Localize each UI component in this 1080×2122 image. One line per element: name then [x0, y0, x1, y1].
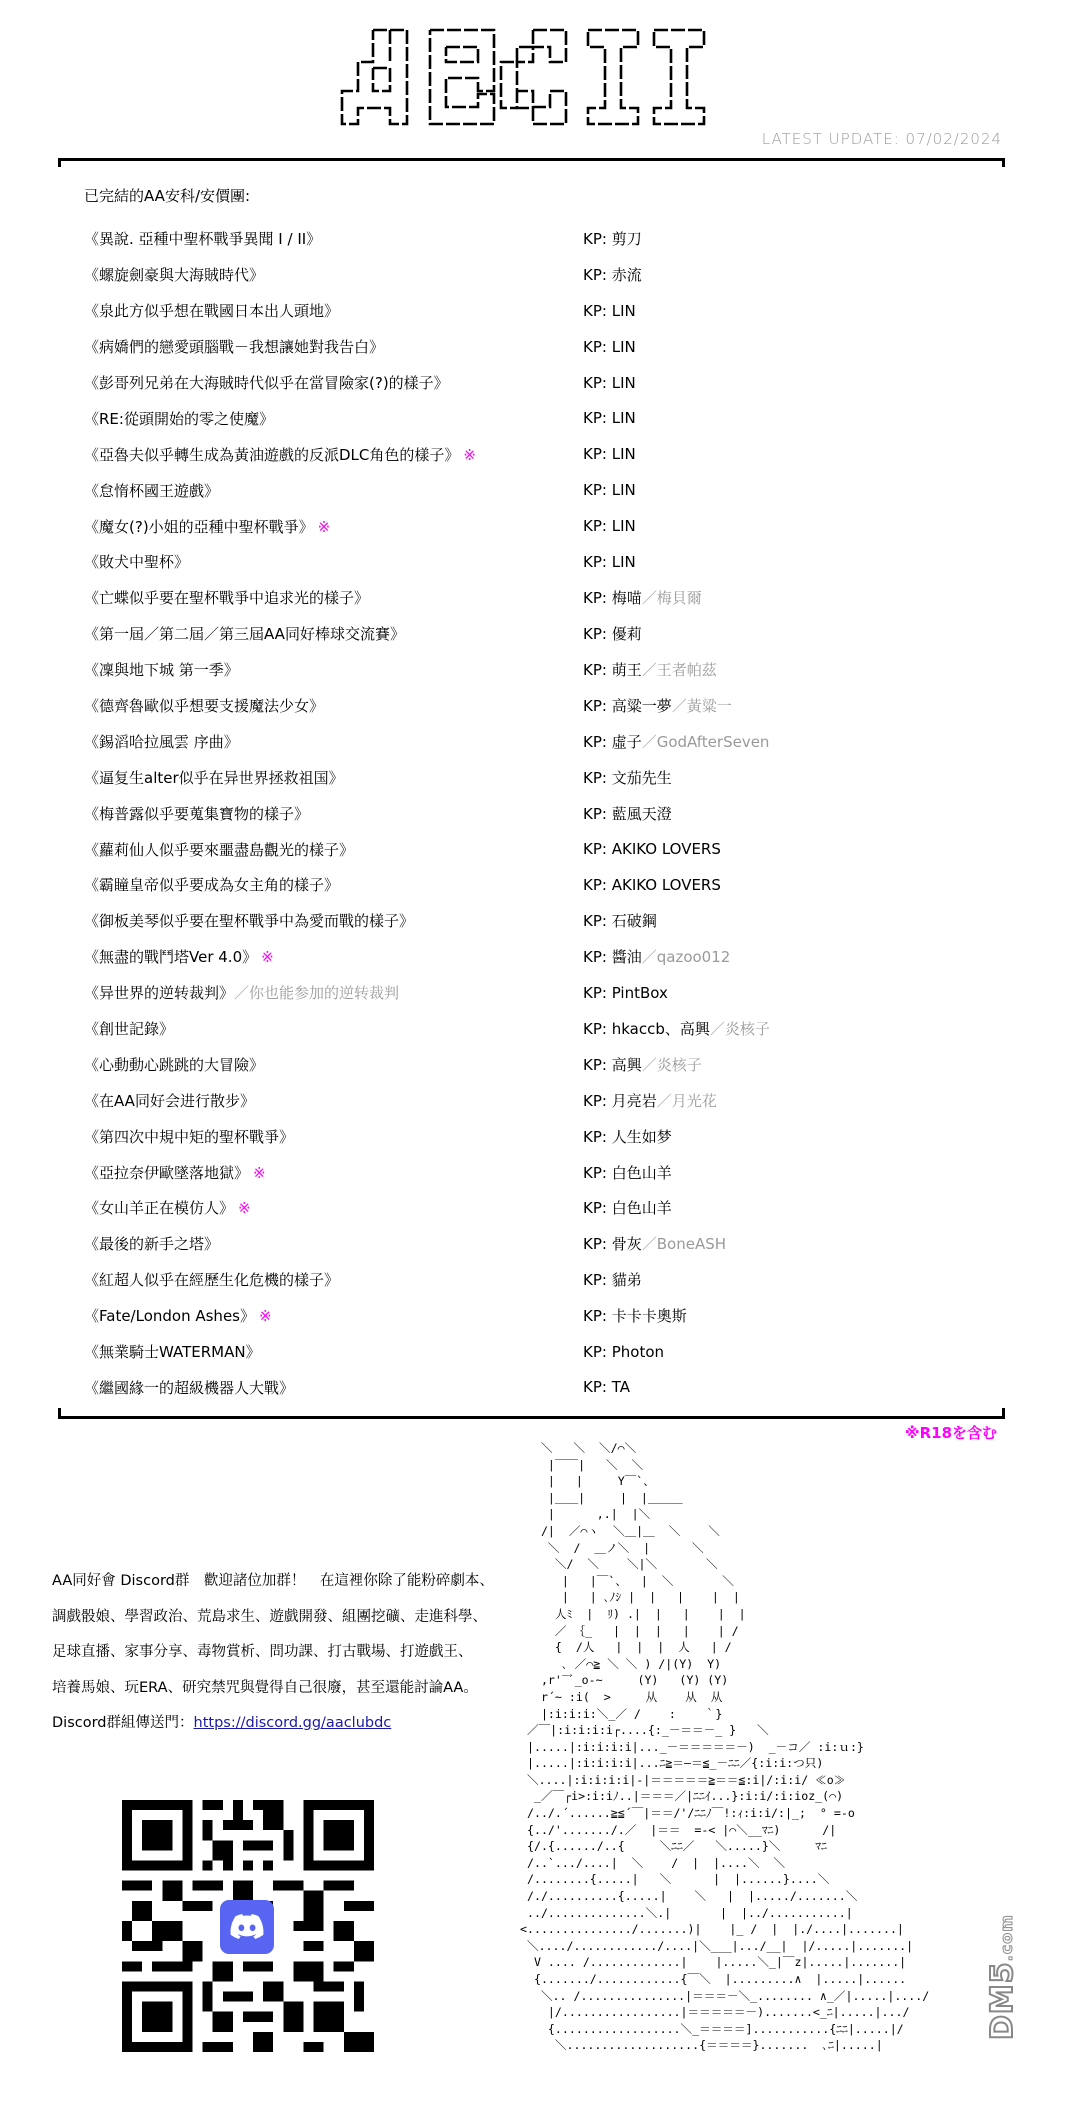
kp-credit: KP: 骨灰／BoneASH [583, 1233, 726, 1254]
work-title: 《亞魯夫似乎轉生成為黃油遊戲的反派DLC角色的樣子》※ [84, 444, 476, 465]
kp-alt-name: ／月光花 [657, 1092, 717, 1110]
list-item: 《繼國緣一的超級機器人大戰》KP: TA [84, 1370, 984, 1406]
kp-credit: KP: LIN [583, 517, 636, 535]
r18-marker-icon: ※ [238, 1199, 251, 1217]
kp-label: KP: [583, 1307, 612, 1325]
work-title: 《錫滔哈拉風雲 序曲》 [84, 731, 239, 752]
kp-label: KP: [583, 625, 612, 643]
work-title-text: 《逼复生alter似乎在异世界拯救祖国》 [84, 769, 344, 787]
list-item: 《蘿莉仙人似乎要來噩盡島觀光的樣子》KP: AKIKO LOVERS [84, 831, 984, 867]
kp-label: KP: [583, 1271, 612, 1289]
list-frame-bottom-border [58, 1416, 1005, 1419]
kp-name: LIN [612, 374, 636, 392]
work-title: 《無盡的戰鬥塔Ver 4.0》※ [84, 946, 274, 967]
kp-label: KP: [583, 948, 612, 966]
work-title: 《逼复生alter似乎在异世界拯救祖国》 [84, 767, 344, 788]
kp-name: 月亮岩 [612, 1092, 657, 1110]
list-frame-corner [1002, 1408, 1005, 1417]
list-item: 《异世界的逆转裁判》／你也能参加的逆转裁判KP: PintBox [84, 975, 984, 1011]
kp-label: KP: [583, 1199, 612, 1217]
list-item: 《怠惰杯國王遊戲》KP: LIN [84, 472, 984, 508]
kp-label: KP: [583, 266, 612, 284]
work-title: 《异世界的逆转裁判》／你也能参加的逆转裁判 [84, 982, 399, 1003]
kp-alt-name: ／王者帕茲 [642, 661, 717, 679]
kp-label: KP: [583, 517, 612, 535]
list-item: 《敗犬中聖杯》KP: LIN [84, 544, 984, 580]
kp-alt-name: ／梅貝爾 [642, 589, 702, 607]
work-title-text: 《錫滔哈拉風雲 序曲》 [84, 733, 239, 751]
list-item: 《螺旋劍豪與大海賊時代》KP: 赤流 [84, 257, 984, 293]
work-title: 《第一屆／第二屆／第三屆AA同好棒球交流賽》 [84, 623, 405, 644]
ascii-title-logo [340, 28, 740, 128]
work-title-text: 《無業騎士WATERMAN》 [84, 1343, 261, 1361]
work-title: 《凜與地下城 第一季》 [84, 659, 239, 680]
kp-name: 赤流 [612, 266, 642, 284]
list-item: 《在AA同好会进行散步》KP: 月亮岩／月光花 [84, 1082, 984, 1118]
work-title: 《繼國緣一的超級機器人大戰》 [84, 1377, 294, 1398]
kp-credit: KP: LIN [583, 374, 636, 392]
kp-label: KP: [583, 1378, 612, 1396]
kp-label: KP: [583, 1128, 612, 1146]
kp-label: KP: [583, 912, 612, 930]
kp-label: KP: [583, 553, 612, 571]
list-item: 《異說. 亞種中聖杯戰爭異聞 I / II》KP: 剪刀 [84, 221, 984, 257]
kp-label: KP: [583, 481, 612, 499]
kp-label: KP: [583, 1343, 612, 1361]
list-item: 《病嬌們的戀愛頭腦戰－我想讓她對我告白》KP: LIN [84, 329, 984, 365]
work-title: 《心動動心跳跳的大冒險》 [84, 1054, 264, 1075]
work-title: 《蘿莉仙人似乎要來噩盡島觀光的樣子》 [84, 839, 354, 860]
kp-name: 剪刀 [612, 230, 642, 248]
kp-credit: KP: 文茄先生 [583, 767, 672, 788]
kp-credit: KP: LIN [583, 302, 636, 320]
work-title-alt: ／你也能参加的逆转裁判 [234, 984, 399, 1002]
completed-works-list: 《異說. 亞種中聖杯戰爭異聞 I / II》KP: 剪刀《螺旋劍豪與大海賊時代》… [84, 221, 984, 1405]
discord-promo-line: 調戲骰娘、學習政治、荒島求生、遊戲開發、組團挖礦、走進科學、 [52, 1600, 532, 1636]
kp-label: KP: [583, 733, 612, 751]
work-title-text: 《蘿莉仙人似乎要來噩盡島觀光的樣子》 [84, 841, 354, 859]
kp-label: KP: [583, 1056, 612, 1074]
work-title-text: 《最後的新手之塔》 [84, 1235, 219, 1253]
kp-credit: KP: 梅喵／梅貝爾 [583, 587, 702, 608]
discord-promo-line: AA同好會 Discord群 歡迎諸位加群！ 在這裡你除了能粉碎劇本、 [52, 1564, 532, 1600]
kp-label: KP: [583, 409, 612, 427]
work-title-text: 《怠惰杯國王遊戲》 [84, 482, 219, 500]
kp-credit: KP: LIN [583, 445, 636, 463]
list-item: 《泉此方似乎想在戰國日本出人頭地》KP: LIN [84, 293, 984, 329]
work-title: 《女山羊正在模仿人》※ [84, 1197, 251, 1218]
list-item: 《錫滔哈拉風雲 序曲》KP: 虛子／GodAfterSeven [84, 723, 984, 759]
list-item: 《RE:從頭開始的零之使魔》KP: LIN [84, 400, 984, 436]
work-title: 《在AA同好会进行散步》 [84, 1090, 255, 1111]
work-title-text: 《御板美琴似乎要在聖杯戰爭中為愛而戰的樣子》 [84, 912, 414, 930]
list-item: 《霸瞳皇帝似乎要成為女主角的樣子》KP: AKIKO LOVERS [84, 867, 984, 903]
kp-name: 白色山羊 [612, 1164, 672, 1182]
work-title: 《霸瞳皇帝似乎要成為女主角的樣子》 [84, 874, 339, 895]
work-title-text: 《亞魯夫似乎轉生成為黃油遊戲的反派DLC角色的樣子》 [84, 446, 459, 464]
discord-logo-icon [220, 1900, 274, 1954]
work-title: 《梅普露似乎要蒐集寶物的樣子》 [84, 803, 309, 824]
kp-name: LIN [612, 409, 636, 427]
list-item: 《亞拉奈伊歐墜落地獄》※KP: 白色山羊 [84, 1154, 984, 1190]
kp-credit: KP: 白色山羊 [583, 1162, 672, 1183]
work-title-text: 《無盡的戰鬥塔Ver 4.0》 [84, 948, 257, 966]
kp-name: 石破鋼 [612, 912, 657, 930]
list-item: 《第一屆／第二屆／第三屆AA同好棒球交流賽》KP: 優莉 [84, 616, 984, 652]
list-item: 《Fate/London Ashes》※KP: 卡卡卡奧斯 [84, 1298, 984, 1334]
kp-credit: KP: AKIKO LOVERS [583, 840, 721, 858]
list-item: 《最後的新手之塔》KP: 骨灰／BoneASH [84, 1226, 984, 1262]
kp-credit: KP: 剪刀 [583, 228, 642, 249]
kp-credit: KP: AKIKO LOVERS [583, 876, 721, 894]
dm5-watermark-logo: DM5.com [985, 1914, 1020, 2040]
kp-credit: KP: TA [583, 1378, 630, 1396]
kp-label: KP: [583, 697, 612, 715]
kp-credit: KP: 人生如梦 [583, 1126, 672, 1147]
work-title-text: 《創世記錄》 [84, 1020, 174, 1038]
kp-alt-name: ／GodAfterSeven [642, 733, 770, 751]
work-title-text: 《第一屆／第二屆／第三屆AA同好棒球交流賽》 [84, 625, 405, 643]
discord-promo: AA同好會 Discord群 歡迎諸位加群！ 在這裡你除了能粉碎劇本、 調戲骰娘… [52, 1564, 532, 1742]
discord-link-label: Discord群組傳送門： [52, 1715, 194, 1731]
kp-name: 文茄先生 [612, 769, 672, 787]
kp-label: KP: [583, 445, 612, 463]
kp-name: 白色山羊 [612, 1199, 672, 1217]
kp-name: 優莉 [612, 625, 642, 643]
kp-credit: KP: 虛子／GodAfterSeven [583, 731, 769, 752]
kp-label: KP: [583, 374, 612, 392]
kp-name: PintBox [612, 984, 668, 1002]
kp-credit: KP: PintBox [583, 984, 668, 1002]
kp-name: 骨灰 [612, 1235, 642, 1253]
kp-credit: KP: 石破鋼 [583, 910, 657, 931]
kp-name: TA [612, 1378, 630, 1396]
kp-name: 醬油 [612, 948, 642, 966]
kp-name: AKIKO LOVERS [612, 840, 721, 858]
watermark-main: DM5 [985, 1961, 1020, 2040]
kp-credit: KP: 萌王／王者帕茲 [583, 659, 717, 680]
watermark-suffix: .com [997, 1914, 1016, 1961]
work-title-text: 《心動動心跳跳的大冒險》 [84, 1056, 264, 1074]
kp-name: 高興 [612, 1056, 642, 1074]
work-title: 《紅超人似乎在經歷生化危機的樣子》 [84, 1269, 339, 1290]
kp-credit: KP: hkaccb、高興／炎核子 [583, 1018, 770, 1039]
list-item: 《第四次中規中矩的聖杯戰爭》KP: 人生如梦 [84, 1118, 984, 1154]
kp-name: AKIKO LOVERS [612, 876, 721, 894]
r18-marker-icon: ※ [463, 446, 476, 464]
work-title: 《螺旋劍豪與大海賊時代》 [84, 264, 264, 285]
work-title: 《德齊魯歐似乎想要支援魔法少女》 [84, 695, 324, 716]
discord-link-row: Discord群組傳送門：https://discord.gg/aaclubdc [52, 1706, 532, 1742]
list-item: 《魔女(?)小姐的亞種中聖杯戰爭》※KP: LIN [84, 508, 984, 544]
work-title: 《御板美琴似乎要在聖杯戰爭中為愛而戰的樣子》 [84, 910, 414, 931]
r18-marker-icon: ※ [261, 948, 274, 966]
work-title-text: 《彭哥列兄弟在大海賊時代似乎在當冒險家(?)的樣子》 [84, 374, 449, 392]
work-title: 《怠惰杯國王遊戲》 [84, 480, 219, 501]
work-title-text: 《RE:從頭開始的零之使魔》 [84, 410, 274, 428]
kp-name: LIN [612, 338, 636, 356]
work-title: 《彭哥列兄弟在大海賊時代似乎在當冒險家(?)的樣子》 [84, 372, 449, 393]
kp-label: KP: [583, 1020, 612, 1038]
kp-name: LIN [612, 517, 636, 535]
kp-name: LIN [612, 302, 636, 320]
kp-alt-name: ／炎核子 [642, 1056, 702, 1074]
work-title-text: 《紅超人似乎在經歷生化危機的樣子》 [84, 1271, 339, 1289]
work-title: 《敗犬中聖杯》 [84, 551, 189, 572]
list-frame-corner [1002, 158, 1005, 167]
discord-promo-line: 培養馬娘、玩ERA、研究禁咒與覺得自己很廢，甚至還能討論AA。 [52, 1671, 532, 1707]
list-item: 《亞魯夫似乎轉生成為黃油遊戲的反派DLC角色的樣子》※KP: LIN [84, 436, 984, 472]
work-title: 《創世記錄》 [84, 1018, 174, 1039]
kp-credit: KP: 赤流 [583, 264, 642, 285]
list-item: 《女山羊正在模仿人》※KP: 白色山羊 [84, 1190, 984, 1226]
kp-label: KP: [583, 876, 612, 894]
work-title-text: 《病嬌們的戀愛頭腦戰－我想讓她對我告白》 [84, 338, 384, 356]
list-item: 《創世記錄》KP: hkaccb、高興／炎核子 [84, 1011, 984, 1047]
work-title: 《泉此方似乎想在戰國日本出人頭地》 [84, 300, 339, 321]
work-title: 《Fate/London Ashes》※ [84, 1305, 272, 1326]
kp-name: 高粱一夢 [612, 697, 672, 715]
work-title-text: 《魔女(?)小姐的亞種中聖杯戰爭》 [84, 518, 314, 536]
work-title-text: 《亡蝶似乎要在聖杯戰爭中追求光的樣子》 [84, 589, 369, 607]
kp-label: KP: [583, 805, 612, 823]
work-title-text: 《亞拉奈伊歐墜落地獄》 [84, 1164, 249, 1182]
kp-credit: KP: 優莉 [583, 623, 642, 644]
work-title-text: 《異說. 亞種中聖杯戰爭異聞 I / II》 [84, 230, 321, 248]
kp-name: 梅喵 [612, 589, 642, 607]
latest-update-label: LATEST UPDATE: 07/02/2024 [762, 130, 1002, 148]
work-title-text: 《霸瞳皇帝似乎要成為女主角的樣子》 [84, 876, 339, 894]
kp-label: KP: [583, 1235, 612, 1253]
kp-name: 藍風天澄 [612, 805, 672, 823]
list-item: 《德齊魯歐似乎想要支援魔法少女》KP: 高粱一夢／黃粱一 [84, 688, 984, 724]
kp-credit: KP: 貓弟 [583, 1269, 642, 1290]
discord-invite-link[interactable]: https://discord.gg/aaclubdc [194, 1715, 392, 1731]
kp-alt-name: ／BoneASH [642, 1235, 726, 1253]
work-title: 《異說. 亞種中聖杯戰爭異聞 I / II》 [84, 228, 321, 249]
kp-label: KP: [583, 769, 612, 787]
kp-credit: KP: LIN [583, 481, 636, 499]
work-title: 《無業騎士WATERMAN》 [84, 1341, 261, 1362]
kp-credit: KP: 藍風天澄 [583, 803, 672, 824]
list-frame-top-border [58, 158, 1005, 161]
kp-credit: KP: 高興／炎核子 [583, 1054, 702, 1075]
kp-name: Photon [612, 1343, 664, 1361]
work-title-text: 《凜與地下城 第一季》 [84, 661, 239, 679]
kp-label: KP: [583, 589, 612, 607]
list-item: 《御板美琴似乎要在聖杯戰爭中為愛而戰的樣子》KP: 石破鋼 [84, 903, 984, 939]
kp-label: KP: [583, 338, 612, 356]
kp-alt-name: ／黃粱一 [672, 697, 732, 715]
discord-promo-line: 足球直播、家事分享、毒物賞析、問功課、打古戰場、打遊戲王、 [52, 1635, 532, 1671]
work-title-text: 《梅普露似乎要蒐集寶物的樣子》 [84, 805, 309, 823]
work-title: 《RE:從頭開始的零之使魔》 [84, 408, 274, 429]
list-frame-corner [58, 158, 61, 167]
kp-credit: KP: 月亮岩／月光花 [583, 1090, 717, 1111]
r18-marker-icon: ※ [253, 1164, 266, 1182]
kp-name: LIN [612, 445, 636, 463]
list-item: 《無盡的戰鬥塔Ver 4.0》※KP: 醬油／qazoo012 [84, 939, 984, 975]
work-title: 《第四次中規中矩的聖杯戰爭》 [84, 1126, 294, 1147]
work-title-text: 《异世界的逆转裁判》 [84, 984, 234, 1002]
list-item: 《心動動心跳跳的大冒險》KP: 高興／炎核子 [84, 1046, 984, 1082]
work-title-text: 《Fate/London Ashes》 [84, 1307, 255, 1325]
kp-label: KP: [583, 840, 612, 858]
list-item: 《彭哥列兄弟在大海賊時代似乎在當冒險家(?)的樣子》KP: LIN [84, 365, 984, 401]
kp-credit: KP: 卡卡卡奧斯 [583, 1305, 687, 1326]
kp-name: LIN [612, 553, 636, 571]
list-item: 《紅超人似乎在經歷生化危機的樣子》KP: 貓弟 [84, 1262, 984, 1298]
list-frame-corner [58, 1408, 61, 1417]
kp-label: KP: [583, 661, 612, 679]
work-title-text: 《泉此方似乎想在戰國日本出人頭地》 [84, 302, 339, 320]
work-title: 《最後的新手之塔》 [84, 1233, 219, 1254]
work-title: 《病嬌們的戀愛頭腦戰－我想讓她對我告白》 [84, 336, 384, 357]
kp-credit: KP: 白色山羊 [583, 1197, 672, 1218]
ascii-art-illustration: ＼ ＼ ＼/⌒＼ |￣￣| ＼ ＼ | | Y￣`、 |＿＿| | |＿＿＿ |… [520, 1440, 929, 2054]
kp-label: KP: [583, 230, 612, 248]
kp-label: KP: [583, 302, 612, 320]
kp-label: KP: [583, 1164, 612, 1182]
work-title-text: 《繼國緣一的超級機器人大戰》 [84, 1379, 294, 1397]
kp-alt-name: ／炎核子 [710, 1020, 770, 1038]
work-title: 《亞拉奈伊歐墜落地獄》※ [84, 1162, 266, 1183]
kp-credit: KP: LIN [583, 553, 636, 571]
list-heading: 已完結的AA安科/安價團: [84, 185, 250, 206]
kp-credit: KP: LIN [583, 409, 636, 427]
work-title-text: 《第四次中規中矩的聖杯戰爭》 [84, 1128, 294, 1146]
work-title-text: 《女山羊正在模仿人》 [84, 1199, 234, 1217]
kp-credit: KP: 高粱一夢／黃粱一 [583, 695, 732, 716]
kp-alt-name: ／qazoo012 [642, 948, 731, 966]
kp-name: 萌王 [612, 661, 642, 679]
list-item: 《凜與地下城 第一季》KP: 萌王／王者帕茲 [84, 652, 984, 688]
kp-name: 虛子 [612, 733, 642, 751]
work-title-text: 《在AA同好会进行散步》 [84, 1092, 255, 1110]
kp-label: KP: [583, 1092, 612, 1110]
work-title: 《亡蝶似乎要在聖杯戰爭中追求光的樣子》 [84, 587, 369, 608]
kp-label: KP: [583, 984, 612, 1002]
kp-name: hkaccb、高興 [612, 1020, 710, 1038]
kp-name: 卡卡卡奧斯 [612, 1307, 687, 1325]
kp-credit: KP: LIN [583, 338, 636, 356]
r18-marker-icon: ※ [318, 518, 331, 536]
kp-name: LIN [612, 481, 636, 499]
r18-marker-icon: ※ [259, 1307, 272, 1325]
kp-credit: KP: Photon [583, 1343, 664, 1361]
work-title-text: 《德齊魯歐似乎想要支援魔法少女》 [84, 697, 324, 715]
work-title-text: 《敗犬中聖杯》 [84, 553, 189, 571]
list-item: 《無業騎士WATERMAN》KP: Photon [84, 1334, 984, 1370]
list-item: 《逼复生alter似乎在异世界拯救祖国》KP: 文茄先生 [84, 759, 984, 795]
list-item: 《梅普露似乎要蒐集寶物的樣子》KP: 藍風天澄 [84, 795, 984, 831]
list-item: 《亡蝶似乎要在聖杯戰爭中追求光的樣子》KP: 梅喵／梅貝爾 [84, 580, 984, 616]
kp-name: 貓弟 [612, 1271, 642, 1289]
work-title-text: 《螺旋劍豪與大海賊時代》 [84, 266, 264, 284]
kp-credit: KP: 醬油／qazoo012 [583, 946, 730, 967]
kp-name: 人生如梦 [612, 1128, 672, 1146]
work-title: 《魔女(?)小姐的亞種中聖杯戰爭》※ [84, 516, 330, 537]
